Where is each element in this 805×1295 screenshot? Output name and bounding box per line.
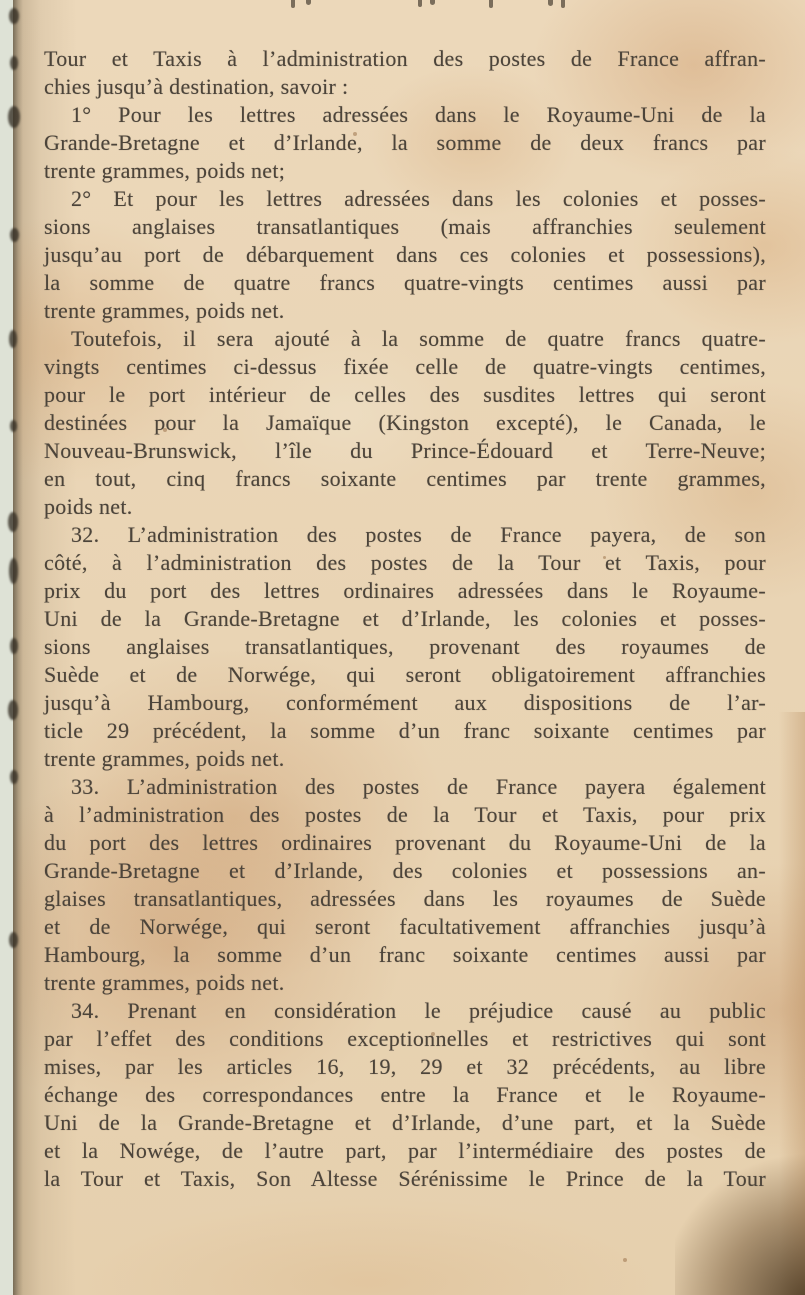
text-line: la Tour et Taxis, Son Altesse Sérénissim… — [44, 1165, 766, 1193]
ink-smudge — [10, 228, 19, 242]
text-line: mises, par les articles 16, 19, 29 et 32… — [44, 1053, 766, 1081]
ink-smudge — [10, 770, 18, 784]
text-line: Tour et Taxis à l’administration des pos… — [44, 45, 766, 73]
text-line: trente grammes, poids net. — [44, 297, 766, 325]
text-line: destinées pour la Jamaïque (Kingston exc… — [44, 409, 766, 437]
text-line: du port des lettres ordinaires provenant… — [44, 829, 766, 857]
cutoff-line-fragment — [561, 0, 565, 8]
cutoff-line-fragment — [548, 0, 553, 6]
ink-smudge — [9, 330, 17, 348]
text-line: échange des correspondances entre la Fra… — [44, 1081, 766, 1109]
text-line: 1° Pour les lettres adressées dans le Ro… — [44, 101, 766, 129]
text-line: trente grammes, poids net; — [44, 157, 766, 185]
text-line: Suède et de Norwége, qui seront obligato… — [44, 661, 766, 689]
ink-smudge — [10, 638, 18, 654]
ink-smudge — [9, 8, 19, 24]
ink-smudge — [8, 512, 18, 532]
cutoff-line-fragment — [418, 0, 422, 7]
text-line: et la Nowége, de l’autre part, par l’int… — [44, 1137, 766, 1165]
text-line: la somme de quatre francs quatre-vingts … — [44, 269, 766, 297]
text-line: jusqu’au port de débarquement dans ces c… — [44, 241, 766, 269]
text-line: Grande-Bretagne et d’Irlande, des coloni… — [44, 857, 766, 885]
ink-smudge — [10, 56, 18, 70]
text-line: côté, à l’administration des postes de l… — [44, 549, 766, 577]
foxing-speckle — [623, 1258, 627, 1262]
text-line: Uni de la Grande-Bretagne et d’Irlande, … — [44, 1109, 766, 1137]
ink-smudge — [8, 700, 18, 720]
text-line: pour le port intérieur de celles des sus… — [44, 381, 766, 409]
ink-smudge — [8, 106, 20, 128]
cutoff-line-fragment — [306, 0, 311, 5]
text-line: jusqu’à Hambourg, conformément aux dispo… — [44, 689, 766, 717]
text-line: par l’effet des conditions exceptionnell… — [44, 1025, 766, 1053]
text-line: Nouveau-Brunswick, l’île du Prince-Édoua… — [44, 437, 766, 465]
text-line: trente grammes, poids net. — [44, 969, 766, 997]
text-line: 2° Et pour les lettres adressées dans le… — [44, 185, 766, 213]
text-line: prix du port des lettres ordinaires adre… — [44, 577, 766, 605]
ink-smudge — [10, 420, 17, 432]
text-line: Grande-Bretagne et d’Irlande, la somme d… — [44, 129, 766, 157]
text-line: poids net. — [44, 493, 766, 521]
text-line: trente grammes, poids net. — [44, 745, 766, 773]
text-line: Toutefois, il sera ajouté à la somme de … — [44, 325, 766, 353]
text-line: Uni de la Grande-Bretagne et d’Irlande, … — [44, 605, 766, 633]
ink-smudge — [9, 932, 18, 948]
text-line: vingts centimes ci-dessus fixée celle de… — [44, 353, 766, 381]
text-line: 33. L’administration des postes de Franc… — [44, 773, 766, 801]
ink-smudge — [9, 558, 18, 584]
text-line: sions anglaises transatlantiques (mais a… — [44, 213, 766, 241]
cutoff-line-fragment — [489, 0, 493, 8]
text-line: 34. Prenant en considération le préjudic… — [44, 997, 766, 1025]
text-line: et de Norwége, qui seront facultativemen… — [44, 913, 766, 941]
text-line: en tout, cinq francs soixante centimes p… — [44, 465, 766, 493]
page-text: Tour et Taxis à l’administration des pos… — [44, 45, 766, 1193]
text-line: ticle 29 précédent, la somme d’un franc … — [44, 717, 766, 745]
scan-background: { "page": { "type": "scanned-book-page",… — [0, 0, 805, 1295]
text-line: sions anglaises transatlantiques, proven… — [44, 633, 766, 661]
text-line: à l’administration des postes de la Tour… — [44, 801, 766, 829]
book-page: Tour et Taxis à l’administration des pos… — [13, 0, 805, 1295]
text-line: glaises transatlantiques, adressées dans… — [44, 885, 766, 913]
text-line: chies jusqu’à destination, savoir : — [44, 73, 766, 101]
cutoff-line-fragment — [291, 0, 295, 8]
cutoff-line-fragment — [430, 0, 435, 5]
text-line: Hambourg, la somme d’un franc soixante c… — [44, 941, 766, 969]
text-line: 32. L’administration des postes de Franc… — [44, 521, 766, 549]
